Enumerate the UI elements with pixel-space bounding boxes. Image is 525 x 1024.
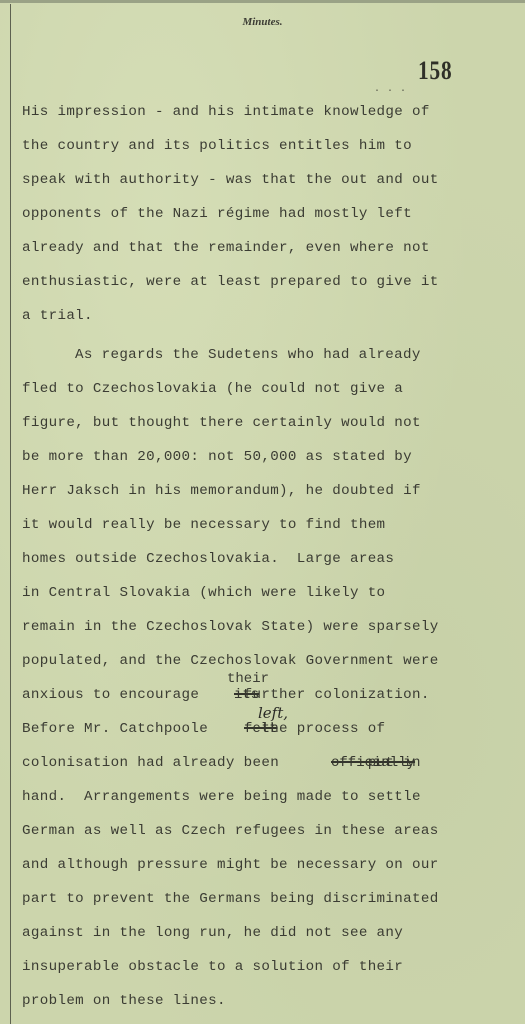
text-line: in Central Slovakia (which were likely t…: [22, 585, 385, 601]
text-line: Herr Jaksch in his memorandum), he doubt…: [22, 483, 421, 499]
text-line: As regards the Sudetens who had already: [22, 347, 421, 363]
page-top-edge: [0, 0, 525, 3]
struck-word-officially: officially: [331, 755, 415, 771]
text-line: hand. Arrangements were being made to se…: [22, 789, 421, 805]
text-line: remain in the Czechoslovak State) were s…: [22, 619, 439, 635]
text-line: and although pressure might be necessary…: [22, 857, 439, 873]
text-line: Before Mr. Catchpoole the process of: [22, 721, 385, 737]
text-line: enthusiastic, were at least prepared to …: [22, 274, 439, 290]
text-line: already and that the remainder, even whe…: [22, 240, 430, 256]
text-line: fled to Czechoslovakia (he could not giv…: [22, 381, 403, 397]
text-line: it would really be necessary to find the…: [22, 517, 385, 533]
text-line: part to prevent the Germans being discri…: [22, 891, 439, 907]
text-line: figure, but thought there certainly woul…: [22, 415, 421, 431]
text-line: speak with authority - was that the out …: [22, 172, 439, 188]
struck-word-felt: felt: [244, 721, 278, 737]
inserted-word-their: their: [227, 671, 269, 687]
text-line: insuperable obstacle to a solution of th…: [22, 959, 403, 975]
text-line: be more than 20,000: not 50,000 as state…: [22, 449, 412, 465]
text-line: the country and its politics entitles hi…: [22, 138, 412, 154]
text-line: populated, and the Czechoslovak Governme…: [22, 653, 439, 669]
text-line: German as well as Czech refugees in thes…: [22, 823, 439, 839]
page-number: 158: [418, 56, 452, 86]
text-line: problem on these lines.: [22, 993, 226, 1009]
left-margin-rule: [10, 4, 11, 1024]
header-title: Minutes.: [0, 16, 525, 28]
document-page: Minutes. 158 ... His impression - and hi…: [0, 0, 525, 1024]
handwritten-left: left,: [258, 704, 288, 722]
text-line: anxious to encourage further colonizatio…: [22, 687, 430, 703]
text-line: a trial.: [22, 308, 93, 324]
text-line: against in the long run, he did not see …: [22, 925, 403, 941]
text-line: opponents of the Nazi régime had mostly …: [22, 206, 412, 222]
text-line: homes outside Czechoslovakia. Large area…: [22, 551, 394, 567]
struck-word-its: its: [234, 687, 259, 703]
page-number-dots: ...: [374, 84, 413, 95]
text-line: His impression - and his intimate knowle…: [22, 104, 430, 120]
